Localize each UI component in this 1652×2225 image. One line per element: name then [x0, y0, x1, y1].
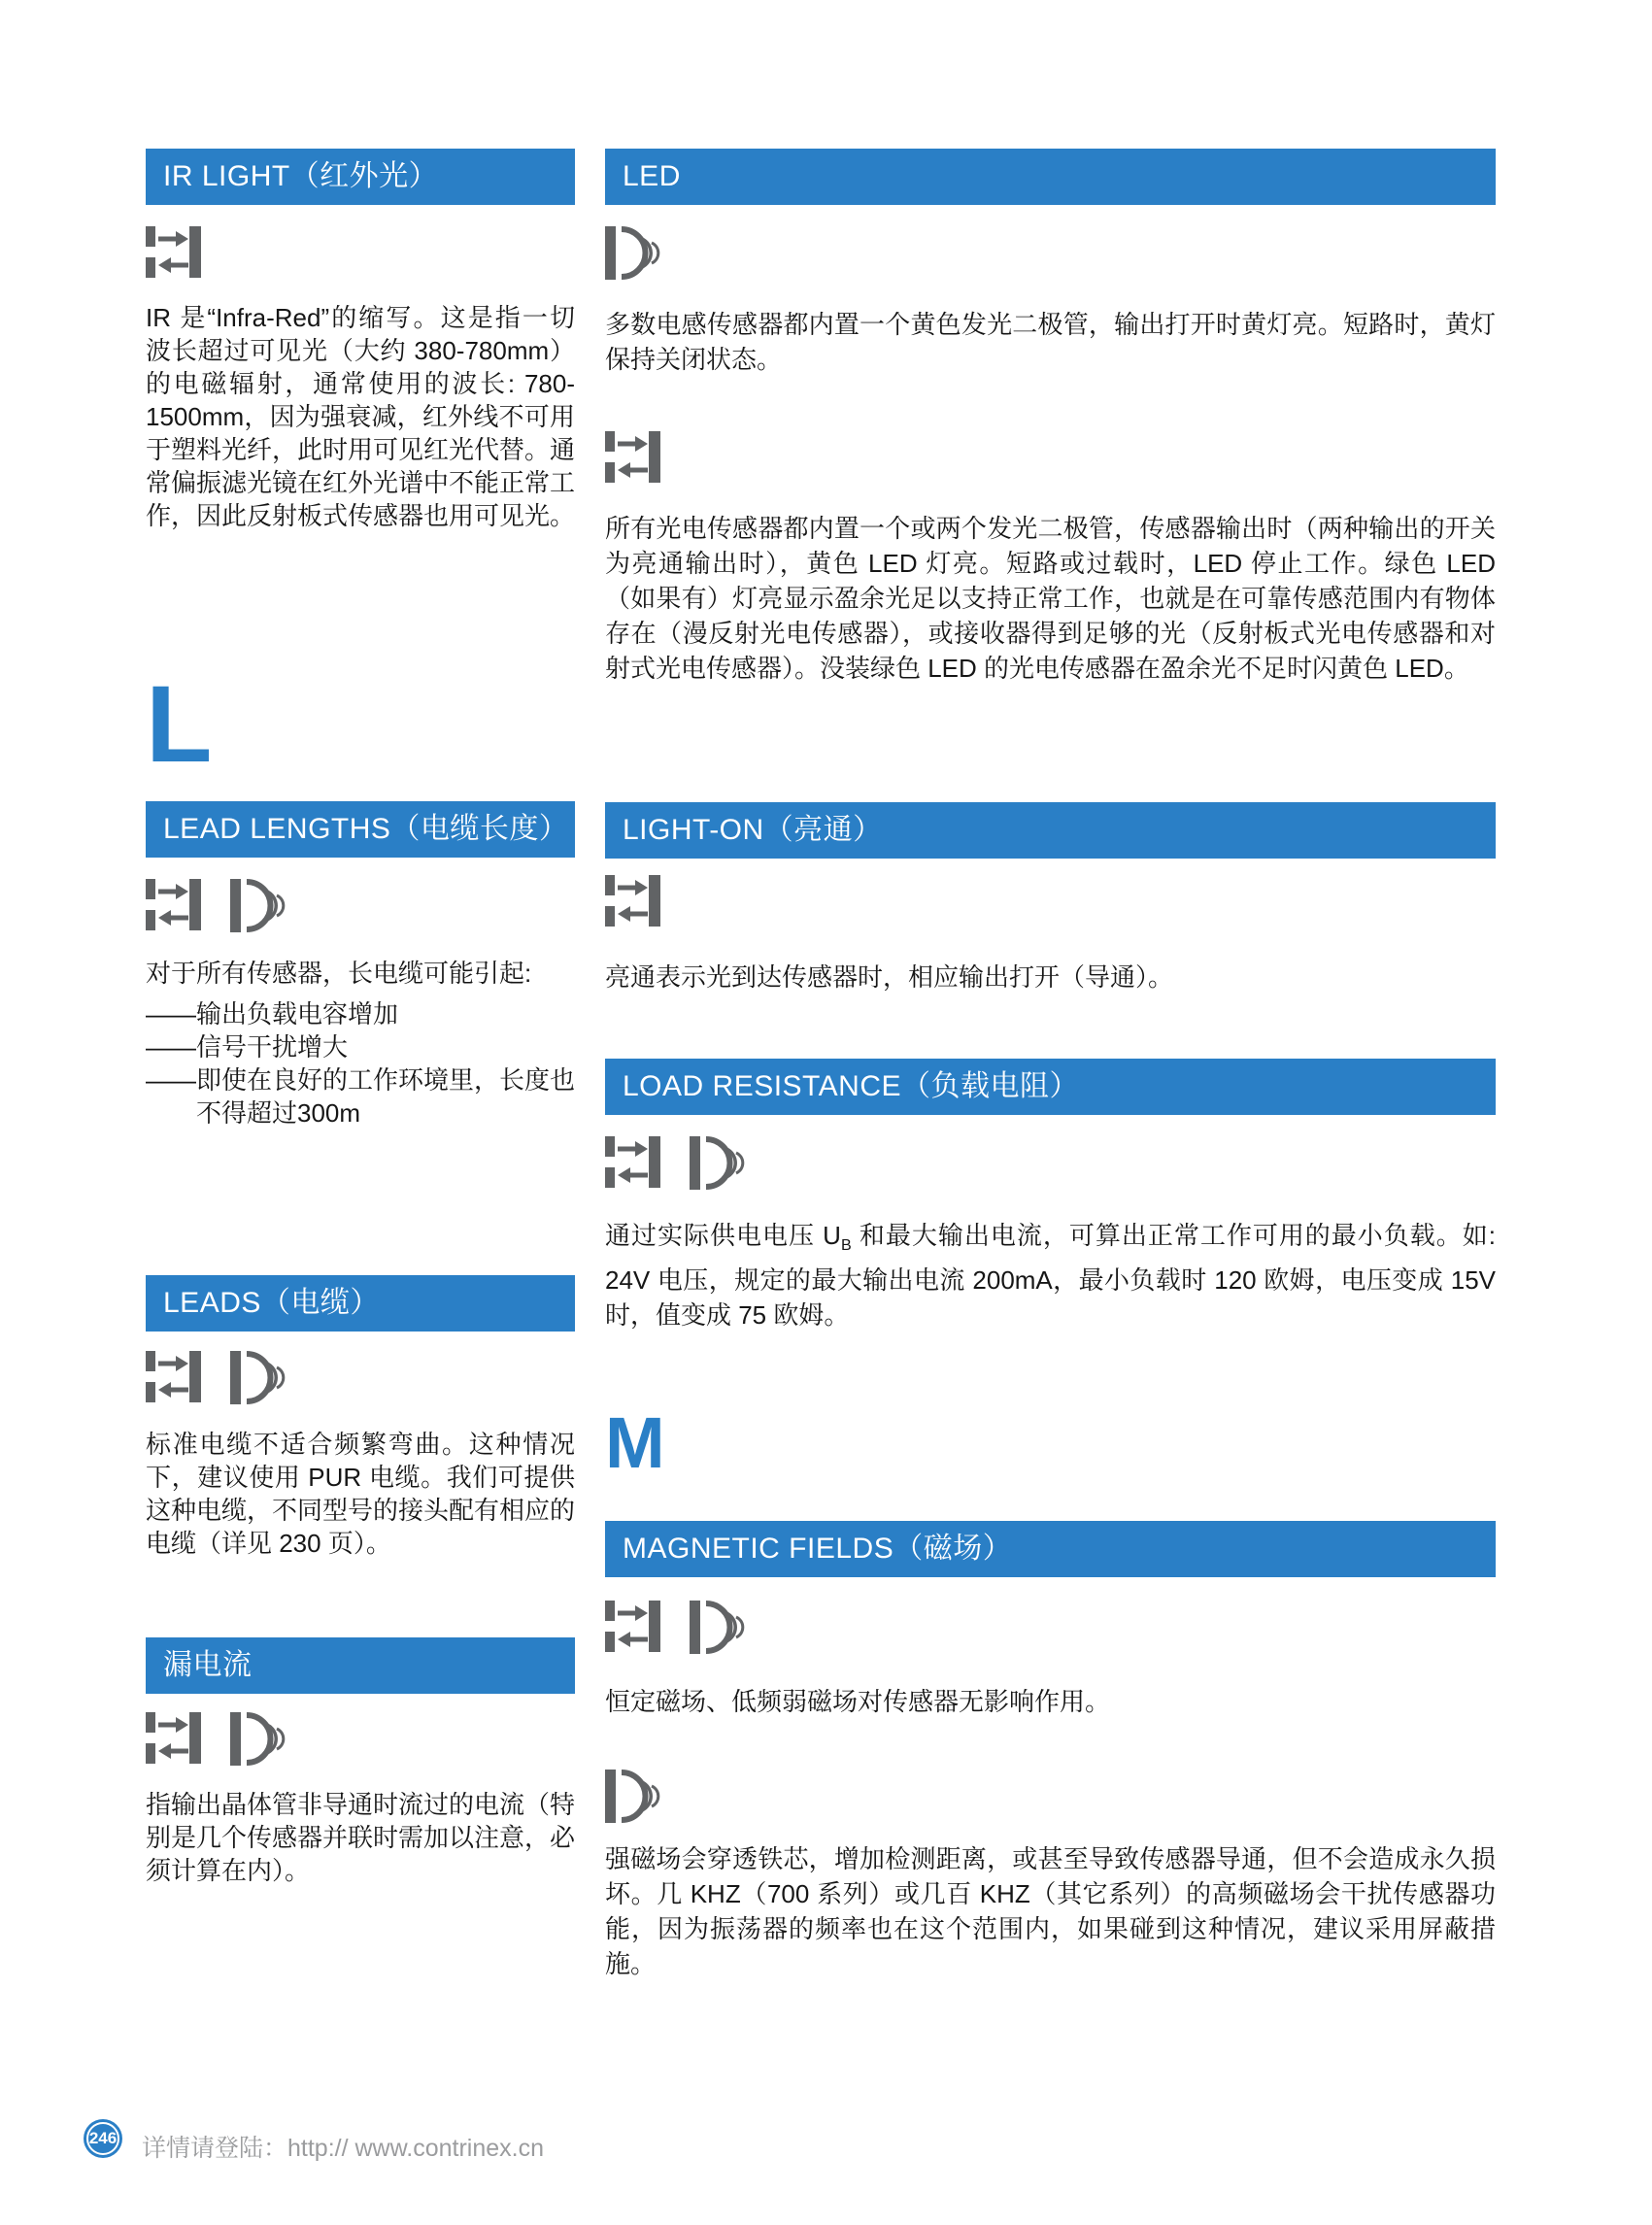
- load-resistance-icons: [605, 1136, 752, 1195]
- ir-light-text: IR 是“Infra-Red”的缩写。这是指一切波长超过可见光（大约 380-7…: [146, 301, 575, 532]
- section-header-light-on: LIGHT-ON（亮通）: [605, 802, 1496, 859]
- section-title-ir-light: IR LIGHT（红外光）: [163, 160, 438, 192]
- leakage-current-icons: [146, 1712, 292, 1770]
- inductive-sensor-icon: [605, 226, 667, 285]
- photoelectric-sensor-icon: [146, 226, 201, 283]
- lead-lengths-paragraph: 对于所有传感器，长电缆可能引起: ——输出负载电容增加 ——信号干扰增大 ——即…: [146, 957, 575, 1129]
- section-title-led: LED: [623, 160, 681, 192]
- lead-lengths-intro: 对于所有传感器，长电缆可能引起:: [146, 957, 575, 990]
- leakage-current-text: 指输出晶体管非导通时流过的电流（特别是几个传感器并联时需加以注意，必须计算在内）…: [146, 1788, 575, 1887]
- inductive-sensor-icon: [230, 879, 292, 937]
- section-header-load-resistance: LOAD RESISTANCE（负载电阻）: [605, 1059, 1496, 1115]
- supply-voltage-subscript: B: [841, 1236, 852, 1254]
- led-text-1: 多数电感传感器都内置一个黄色发光二极管，输出打开时黄灯亮。短路时，黄灯保持关闭状…: [605, 307, 1496, 377]
- load-resistance-text-a: 通过实际供电电压 U: [605, 1221, 841, 1250]
- led-paragraph-1: 多数电感传感器都内置一个黄色发光二极管，输出打开时黄灯亮。短路时，黄灯保持关闭状…: [605, 307, 1496, 377]
- section-header-leads: LEADS（电缆）: [146, 1275, 575, 1332]
- light-on-text: 亮通表示光到达传感器时，相应输出打开（导通）。: [605, 960, 1496, 995]
- section-title-lead-lengths: LEAD LENGTHS（电缆长度）: [163, 813, 568, 845]
- index-letter-l: L: [146, 683, 212, 765]
- leads-text: 标准电缆不适合频繁弯曲。这种情况下，建议使用 PUR 电缆。我们可提供这种电缆，…: [146, 1428, 575, 1560]
- section-title-leakage-current: 漏电流: [163, 1649, 253, 1681]
- inductive-sensor-icon: [690, 1601, 752, 1659]
- section-title-leads: LEADS（电缆）: [163, 1287, 380, 1319]
- load-resistance-text: 通过实际供电电压 UB 和最大输出电流，可算出正常工作可用的最小负载。如: 24…: [605, 1218, 1496, 1332]
- inductive-sensor-icon: [230, 1351, 292, 1409]
- section-title-magnetic-fields: MAGNETIC FIELDS（磁场）: [623, 1533, 1012, 1565]
- photoelectric-sensor-icon: [605, 1601, 660, 1657]
- inductive-sensor-icon: [605, 1770, 667, 1828]
- section-header-led: LED: [605, 149, 1496, 205]
- lead-lengths-item: ——即使在良好的工作环境里，长度也不得超过300m: [146, 1063, 575, 1129]
- magnetic-fields-text-1: 恒定磁场、低频弱磁场对传感器无影响作用。: [605, 1684, 1496, 1719]
- left-column: IR LIGHT（红外光） IR 是“Infra-Red”的缩写。这是指一切波长…: [146, 0, 575, 2225]
- section-header-magnetic-fields: MAGNETIC FIELDS（磁场）: [605, 1521, 1496, 1577]
- section-header-ir-light: IR LIGHT（红外光）: [146, 149, 575, 205]
- inductive-sensor-icon: [690, 1136, 752, 1195]
- photoelectric-sensor-icon: [605, 875, 660, 931]
- magnetic-fields-icons: [605, 1601, 752, 1659]
- magnetic-fields-paragraph-1: 恒定磁场、低频弱磁场对传感器无影响作用。: [605, 1684, 1496, 1719]
- light-on-paragraph: 亮通表示光到达传感器时，相应输出打开（导通）。: [605, 960, 1496, 995]
- section-header-leakage-current: 漏电流: [146, 1637, 575, 1694]
- leakage-current-paragraph: 指输出晶体管非导通时流过的电流（特别是几个传感器并联时需加以注意，必须计算在内）…: [146, 1788, 575, 1887]
- photoelectric-sensor-icon: [146, 1351, 201, 1407]
- load-resistance-paragraph: 通过实际供电电压 UB 和最大输出电流，可算出正常工作可用的最小负载。如: 24…: [605, 1218, 1496, 1332]
- leads-icons: [146, 1351, 292, 1409]
- section-header-lead-lengths: LEAD LENGTHS（电缆长度）: [146, 801, 575, 858]
- led-paragraph-2: 所有光电传感器都内置一个或两个发光二极管，传感器输出时（两种输出的开关为亮通输出…: [605, 511, 1496, 686]
- photoelectric-sensor-icon: [146, 879, 201, 935]
- magnetic-fields-text-2: 强磁场会穿透铁芯，增加检测距离，或甚至导致传感器导通，但不会造成永久损坏。几 K…: [605, 1841, 1496, 1981]
- magnetic-fields-paragraph-2: 强磁场会穿透铁芯，增加检测距离，或甚至导致传感器导通，但不会造成永久损坏。几 K…: [605, 1841, 1496, 1981]
- section-title-load-resistance: LOAD RESISTANCE（负载电阻）: [623, 1070, 1079, 1102]
- lead-lengths-item: ——输出负载电容增加: [146, 997, 575, 1030]
- lead-lengths-icons: [146, 879, 292, 937]
- section-title-light-on: LIGHT-ON（亮通）: [623, 814, 883, 846]
- page-number-badge: 246: [86, 2122, 119, 2155]
- leads-paragraph: 标准电缆不适合频繁弯曲。这种情况下，建议使用 PUR 电缆。我们可提供这种电缆，…: [146, 1428, 575, 1560]
- led-text-2: 所有光电传感器都内置一个或两个发光二极管，传感器输出时（两种输出的开关为亮通输出…: [605, 511, 1496, 686]
- inductive-sensor-icon: [230, 1712, 292, 1770]
- footer-url-text: 详情请登陆：http:// www.contrinex.cn: [142, 2129, 544, 2164]
- ir-light-paragraph: IR 是“Infra-Red”的缩写。这是指一切波长超过可见光（大约 380-7…: [146, 301, 575, 532]
- right-column: LED 多数电感传感器都内置一个黄色发光二极管，输出打开时黄灯亮。短路时，黄灯保…: [605, 0, 1496, 2225]
- lead-lengths-item: ——信号干扰增大: [146, 1030, 575, 1063]
- photoelectric-sensor-icon: [146, 1712, 201, 1769]
- photoelectric-sensor-icon: [605, 431, 660, 488]
- catalog-glossary-page: IR LIGHT（红外光） IR 是“Infra-Red”的缩写。这是指一切波长…: [0, 0, 1652, 2225]
- index-letter-m: M: [605, 1416, 665, 1470]
- photoelectric-sensor-icon: [605, 1136, 660, 1193]
